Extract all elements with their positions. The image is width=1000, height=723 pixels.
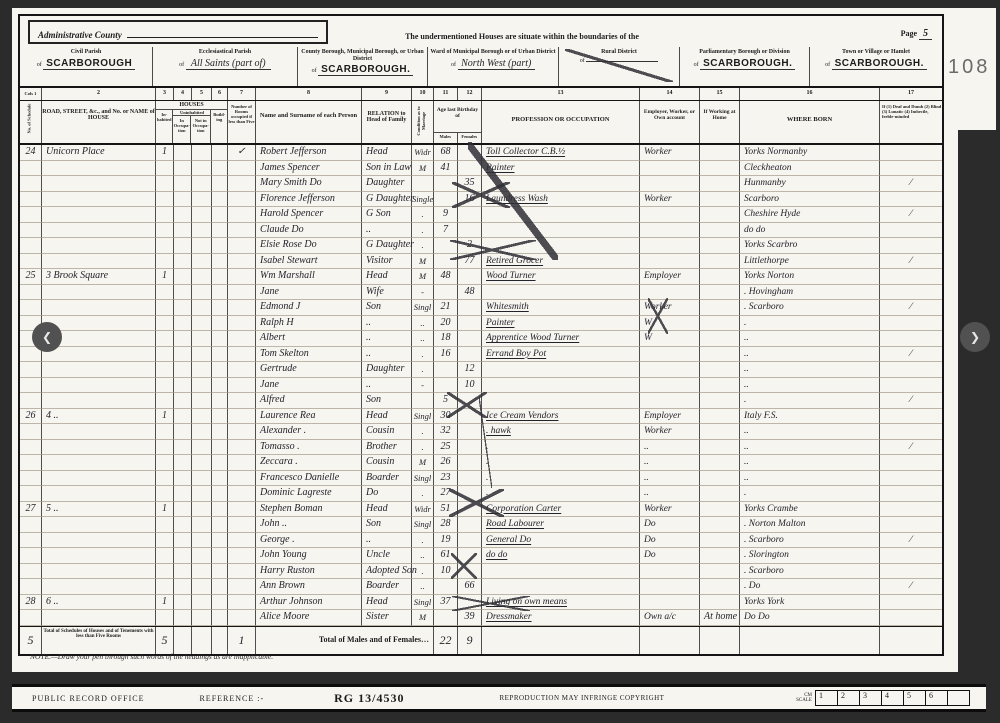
cell-infirmity: ∕ [880,347,942,363]
cell-rooms_lt5 [228,486,256,502]
cell-where_born: . Hovingham [740,285,880,301]
cell-infirmity [880,316,942,332]
cell-condition: .. [412,548,434,564]
census-form: Administrative County The undermentioned… [18,14,944,656]
cell-schedule [20,455,42,471]
cell-uninh_not_in_occupation [192,455,212,471]
cell-where_born: . [740,316,880,332]
cell-age_female [458,595,482,611]
col-inhabited: In-habited [156,110,173,143]
cell-where_born: . Slorington [740,548,880,564]
cell-building [212,455,228,471]
previous-page-button[interactable]: ❮ [32,322,62,352]
cell-uninh_not_in_occupation [192,517,212,533]
cell-schedule [20,176,42,192]
cell-schedule [20,207,42,223]
census-row: 24Unicorn Place1✓Robert JeffersonHeadWid… [20,145,942,161]
cell-uninh_not_in_occupation [192,424,212,440]
cell-uninh_not_in_occupation [192,316,212,332]
census-row: Tom Skelton...16Errand Boy Pot..∕ [20,347,942,363]
cell-rooms_lt5 [228,254,256,270]
col-age-females: Females [458,133,481,143]
cell-inhabited [156,486,174,502]
cell-uninh_not_in_occupation [192,595,212,611]
column-number: 17 [880,88,942,100]
cell-schedule [20,424,42,440]
cell-infirmity [880,610,942,626]
cell-age_female [458,161,482,177]
cell-rooms_lt5 [228,409,256,425]
cell-employer: Worker [640,300,700,316]
cell-uninh_in_occupation [174,471,192,487]
cell-where_born: . [740,486,880,502]
cell-uninh_in_occupation [174,347,192,363]
cell-profession: Errand Boy Pot [482,347,640,363]
cell-inhabited [156,517,174,533]
cell-profession: Road Labourer [482,517,640,533]
cell-where_born: do do [740,223,880,239]
cell-condition: . [412,424,434,440]
cell-uninh_in_occupation [174,316,192,332]
cell-name: Isabel Stewart [256,254,362,270]
cell-age_female [458,455,482,471]
cell-inhabited [156,207,174,223]
cell-condition: - [412,378,434,394]
cell-rooms_lt5 [228,176,256,192]
form-header: Administrative County The undermentioned… [20,16,942,88]
cell-schedule [20,471,42,487]
cell-schedule [20,533,42,549]
cell-name: Gertrude [256,362,362,378]
cell-schedule: 25 [20,269,42,285]
cell-employer: .. [640,471,700,487]
cell-building [212,238,228,254]
cell-uninh_in_occupation [174,192,192,208]
cell-profession: Toll Collector C.B.½ [482,145,640,161]
cell-age_male: 26 [434,455,458,471]
cell-inhabited [156,347,174,363]
cell-relation: .. [362,331,412,347]
cell-infirmity [880,269,942,285]
cell-age_female [458,502,482,518]
cell-age_female [458,316,482,332]
cell-where_born: Do Do [740,610,880,626]
cell-infirmity [880,455,942,471]
cell-schedule [20,254,42,270]
cell-age_male [434,579,458,595]
cell-relation: Cousin [362,424,412,440]
cell-age_female [458,145,482,161]
cell-building [212,161,228,177]
cell-infirmity [880,378,942,394]
cell-infirmity [880,595,942,611]
cell-infirmity [880,517,942,533]
cell-age_female [458,409,482,425]
cell-building [212,207,228,223]
cell-where_born: Yorks Crambe [740,502,880,518]
cell-rooms_lt5 [228,455,256,471]
cell-age_male: 7 [434,223,458,239]
cell-building [212,316,228,332]
total-houses: 5 [156,627,174,654]
cell-uninh_in_occupation [174,595,192,611]
cell-age_female [458,440,482,456]
cell-road_street [42,548,156,564]
cell-name: Francesco Danielle [256,471,362,487]
cell-age_male [434,254,458,270]
cell-uninh_in_occupation [174,440,192,456]
cell-uninh_in_occupation [174,223,192,239]
cell-building [212,192,228,208]
cell-road_street: Unicorn Place [42,145,156,161]
cell-relation: G Daughter [362,238,412,254]
cell-schedule: 28 [20,595,42,611]
cell-infirmity: ∕ [880,254,942,270]
cm-scale-cell: 1 [815,690,838,706]
cell-employer: Do [640,517,700,533]
cell-rooms_lt5 [228,378,256,394]
cell-inhabited [156,579,174,595]
cell-uninh_not_in_occupation [192,548,212,564]
cell-rooms_lt5 [228,207,256,223]
cell-employer [640,161,700,177]
cell-relation: Son [362,300,412,316]
cell-uninh_not_in_occupation [192,269,212,285]
cell-age_female: 48 [458,285,482,301]
cell-condition: Singl [412,300,434,316]
cell-uninh_in_occupation [174,285,192,301]
cell-profession [482,285,640,301]
cell-profession [482,393,640,409]
cell-at_home [700,161,740,177]
cell-age_male: 27 [434,486,458,502]
cell-uninh_not_in_occupation [192,207,212,223]
cell-at_home [700,486,740,502]
col-rooms: Number of Rooms occupied if less than Fi… [228,101,256,143]
cell-rooms_lt5 [228,424,256,440]
cell-inhabited [156,424,174,440]
census-row: Ann BrownBoarder..66. Do∕ [20,579,942,595]
col-at-home: If Working at Home [700,101,740,143]
cell-schedule: 27 [20,502,42,518]
cell-infirmity [880,238,942,254]
cell-name: Albert [256,331,362,347]
cell-schedule [20,440,42,456]
cell-building [212,595,228,611]
cell-at_home [700,145,740,161]
cell-schedule [20,223,42,239]
total-rooms: 1 [228,627,256,654]
cell-schedule [20,548,42,564]
cell-at_home [700,440,740,456]
cell-profession: Retired Grocer [482,254,640,270]
cell-inhabited [156,192,174,208]
cm-scale-cell: 3 [859,690,882,706]
cell-profession: Laundress Wash [482,192,640,208]
cell-rooms_lt5 [228,548,256,564]
cell-road_street [42,238,156,254]
cell-profession: . [482,455,640,471]
cell-age_male: 23 [434,471,458,487]
cell-infirmity: ∕ [880,579,942,595]
census-row: George ....19General DoDo. Scarboro∕ [20,533,942,549]
next-page-button[interactable]: ❯ [960,322,990,352]
cell-rooms_lt5 [228,300,256,316]
cell-building [212,502,228,518]
cell-schedule: 26 [20,409,42,425]
cell-relation: Head [362,502,412,518]
cell-uninh_in_occupation [174,207,192,223]
col-name: Name and Surname of each Person [256,101,362,143]
cell-relation: Daughter [362,362,412,378]
cell-condition: M [412,455,434,471]
cell-age_female: 39 [458,610,482,626]
cell-relation: Son [362,517,412,533]
cell-at_home [700,455,740,471]
cell-road_street [42,161,156,177]
total-males: 22 [434,627,458,654]
cell-at_home: At home [700,610,740,626]
cell-infirmity: ∕ [880,176,942,192]
cell-age_female: 77 [458,254,482,270]
cell-building [212,548,228,564]
cell-name: Jane [256,378,362,394]
cell-uninh_not_in_occupation [192,533,212,549]
cell-condition [412,393,434,409]
cell-uninh_in_occupation [174,424,192,440]
cell-relation: Wife [362,285,412,301]
cell-employer: .. [640,486,700,502]
pro-office-label: PUBLIC RECORD OFFICE [32,694,144,703]
cell-age_male: 16 [434,347,458,363]
cell-age_female [458,300,482,316]
cell-where_born: . Norton Malton [740,517,880,533]
col-in-occupation: In Occupa-tion [173,116,191,143]
cell-age_female [458,331,482,347]
census-row: Harry RustonAdopted Son.10. Scarboro [20,564,942,580]
cell-condition: . [412,207,434,223]
cell-schedule [20,285,42,301]
census-row: Isabel StewartVisitorM77Retired GrocerLi… [20,254,942,270]
cell-rooms_lt5 [228,192,256,208]
cell-relation: Head [362,269,412,285]
census-row: AlfredSon5.∕ [20,393,942,409]
cell-relation: Adopted Son [362,564,412,580]
cell-road_street [42,393,156,409]
cell-schedule [20,378,42,394]
census-row: Alexander .Cousin.32. hawkWorker.. [20,424,942,440]
cell-infirmity: ∕ [880,393,942,409]
census-viewer: { "page": { "stamp": "108", "prev": "❮",… [0,0,1000,723]
cell-age_male: 30 [434,409,458,425]
cell-employer [640,176,700,192]
cell-infirmity [880,486,942,502]
cell-age_male [434,362,458,378]
cell-infirmity: ∕ [880,533,942,549]
cell-employer [640,393,700,409]
cell-rooms_lt5 [228,564,256,580]
cell-infirmity [880,362,942,378]
cell-relation: G Daughter [362,192,412,208]
cell-infirmity [880,285,942,301]
cell-road_street: 5 .. [42,502,156,518]
cell-inhabited: 1 [156,595,174,611]
cell-profession: . [482,471,640,487]
cell-age_male [434,285,458,301]
cell-age_male [434,176,458,192]
cell-age_female [458,207,482,223]
cell-relation: Sister [362,610,412,626]
cell-name: John Young [256,548,362,564]
district-cell: Town or Village or Hamletof SCARBOROUGH. [810,47,942,86]
cell-road_street [42,300,156,316]
cell-uninh_in_occupation [174,161,192,177]
cell-uninh_not_in_occupation [192,362,212,378]
totals-label: Total of Schedules of Houses and of Tene… [42,627,156,654]
column-number: 10 [412,88,434,100]
cell-employer [640,362,700,378]
column-number: 9 [362,88,412,100]
cell-uninh_not_in_occupation [192,409,212,425]
cell-name: Ralph H [256,316,362,332]
cell-rooms_lt5 [228,471,256,487]
cell-uninh_in_occupation [174,378,192,394]
cell-at_home [700,254,740,270]
cell-profession: . hawk [482,424,640,440]
page-label: Page 5 [901,28,932,39]
cell-profession [482,362,640,378]
cell-at_home [700,595,740,611]
cell-schedule [20,486,42,502]
cell-uninh_in_occupation [174,362,192,378]
cell-age_female [458,269,482,285]
column-number: 5 [192,88,212,100]
cell-building [212,579,228,595]
col-profession: PROFESSION OR OCCUPATION [482,101,640,143]
cell-profession [482,564,640,580]
cell-employer: Worker [640,145,700,161]
cell-where_born: .. [740,440,880,456]
cell-employer: Employer [640,409,700,425]
cell-building [212,145,228,161]
cell-rooms_lt5 [228,595,256,611]
cell-employer [640,347,700,363]
cell-uninh_not_in_occupation [192,610,212,626]
cell-uninh_in_occupation [174,145,192,161]
cell-road_street [42,455,156,471]
cell-profession [482,223,640,239]
cell-building [212,424,228,440]
census-row: Tomasso .Brother.25.....∕ [20,440,942,456]
cell-inhabited [156,393,174,409]
cell-age_male: 32 [434,424,458,440]
cell-relation: Cousin [362,455,412,471]
cell-employer: Own a/c [640,610,700,626]
cell-rooms_lt5 [228,440,256,456]
cell-name: Harry Ruston [256,564,362,580]
district-cell: Ward of Municipal Borough or of Urban Di… [428,47,559,86]
cell-rooms_lt5 [228,269,256,285]
cell-infirmity [880,471,942,487]
cell-schedule [20,192,42,208]
cell-uninh_not_in_occupation [192,471,212,487]
cell-road_street [42,610,156,626]
cell-building [212,269,228,285]
cell-condition: Singl [412,471,434,487]
cell-uninh_not_in_occupation [192,161,212,177]
cell-age_male: 61 [434,548,458,564]
col-age-males: Males [434,133,458,143]
cell-road_street [42,564,156,580]
cell-at_home [700,471,740,487]
cell-inhabited [156,285,174,301]
cell-employer [640,378,700,394]
cm-scale-cell: 5 [903,690,926,706]
cell-age_male [434,610,458,626]
column-number: 8 [256,88,362,100]
cell-condition: Widr [412,145,434,161]
cell-age_male: 37 [434,595,458,611]
cell-road_street: 3 Brook Square [42,269,156,285]
census-row: JaneWife-48. Hovingham [20,285,942,301]
cell-at_home [700,409,740,425]
cell-uninh_not_in_occupation [192,223,212,239]
census-row: GertrudeDaughter.12.. [20,362,942,378]
cell-where_born: .. [740,378,880,394]
cell-uninh_not_in_occupation [192,378,212,394]
cell-relation: .. [362,316,412,332]
cell-uninh_in_occupation [174,300,192,316]
cell-relation: Son [362,393,412,409]
cell-profession: Corporation Carter [482,502,640,518]
cell-name: Jane [256,285,362,301]
cell-name: Edmond J [256,300,362,316]
cell-building [212,517,228,533]
column-number: Cols 1 [20,88,42,100]
census-row: Claude Do...7do do [20,223,942,239]
cell-at_home [700,533,740,549]
cell-relation: Boarder [362,471,412,487]
col-building: Build-ing [211,110,227,143]
cell-road_street [42,254,156,270]
cell-schedule [20,300,42,316]
cell-rooms_lt5 [228,533,256,549]
census-row: Zeccara .CousinM26..... [20,455,942,471]
cell-uninh_not_in_occupation [192,347,212,363]
cell-road_street [42,440,156,456]
cell-name: Alexander . [256,424,362,440]
total-females: 9 [458,627,482,654]
cell-building [212,378,228,394]
col-schedule: No. of Schedule [20,101,42,143]
cell-relation: G Son [362,207,412,223]
cell-uninh_in_occupation [174,455,192,471]
cell-profession [482,378,640,394]
cell-condition: . [412,362,434,378]
column-number: 15 [700,88,740,100]
cell-building [212,223,228,239]
cell-uninh_in_occupation [174,331,192,347]
column-number: 7 [228,88,256,100]
cell-employer: .. [640,455,700,471]
cell-rooms_lt5 [228,502,256,518]
cell-where_born: Yorks Norton [740,269,880,285]
cell-where_born: . Scarboro [740,564,880,580]
cell-where_born: .. [740,362,880,378]
cm-scale-cell [947,690,970,706]
cell-relation: .. [362,347,412,363]
column-number-row: Cols 1234567891011121314151617 [20,88,942,101]
